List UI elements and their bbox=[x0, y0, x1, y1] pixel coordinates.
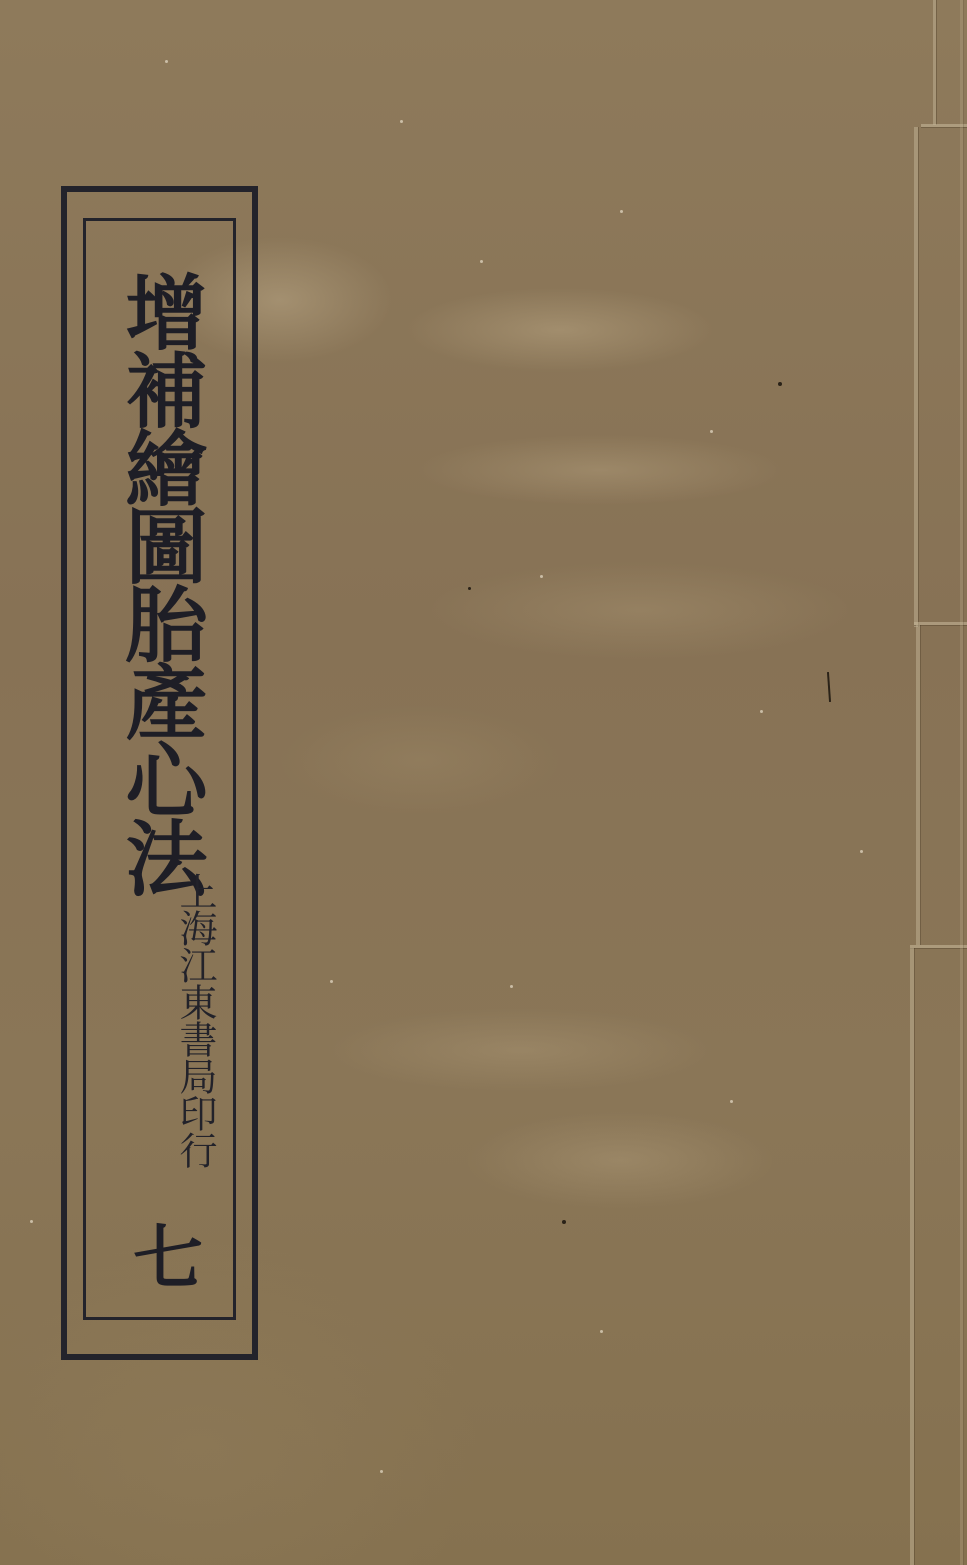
binding-thread bbox=[933, 0, 936, 125]
binding-thread bbox=[914, 127, 918, 627]
publisher-imprint: 上海江東書局印行 bbox=[170, 872, 220, 1168]
volume-number: 七 bbox=[118, 1218, 218, 1298]
binding-stitch bbox=[910, 945, 967, 948]
binding-thread bbox=[910, 948, 914, 1565]
book-title: 增補繪圖胎產心法 bbox=[110, 270, 210, 894]
binding-thread bbox=[916, 625, 920, 945]
page-edge bbox=[960, 0, 963, 1565]
